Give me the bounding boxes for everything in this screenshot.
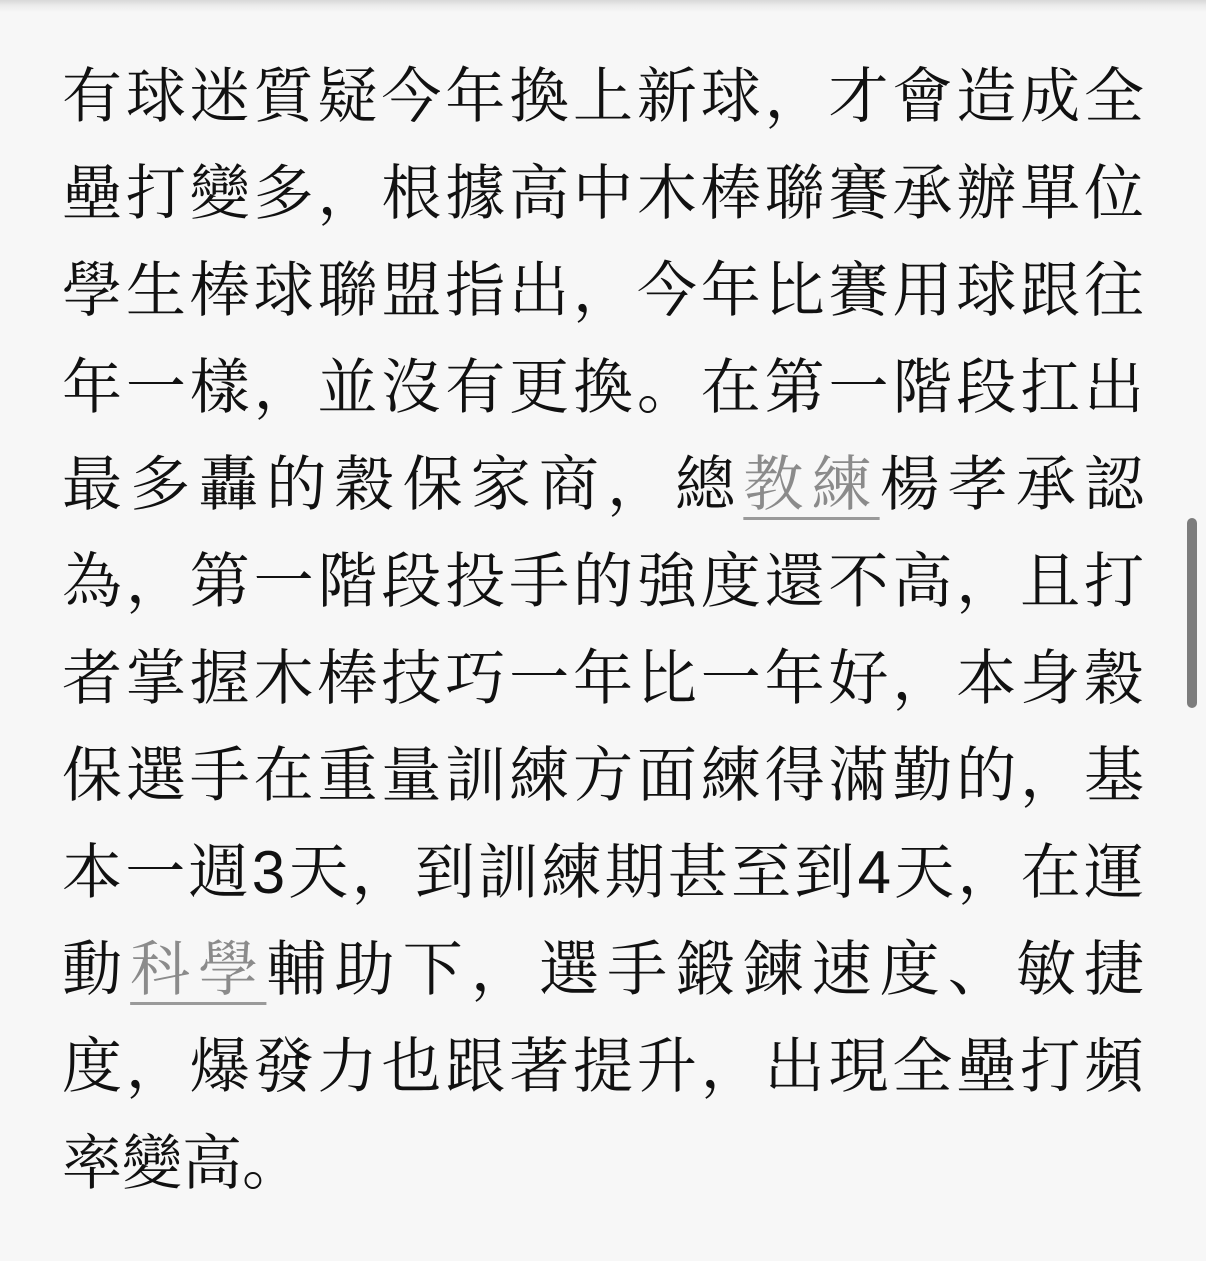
text-line: 有球迷質疑今年換上新球，才會造成全 <box>62 48 1144 145</box>
text-line: 者掌握木棒技巧一年比一年好，本身穀 <box>62 630 1144 727</box>
text-segment: 楊孝承認 <box>880 451 1144 518</box>
text-segment: 率變高。 <box>62 1130 302 1197</box>
text-segment: 動 <box>62 936 130 1003</box>
text-line: 學生棒球聯盟指出，今年比賽用球跟往 <box>62 242 1144 339</box>
inline-link[interactable]: 教練 <box>743 451 879 518</box>
text-line: 動科學輔助下，選手鍛鍊速度、敏捷 <box>62 921 1144 1018</box>
text-segment: 有球迷質疑今年換上新球，才會造成全 <box>62 63 1144 130</box>
text-segment: 最多轟的穀保家商，總 <box>62 451 743 518</box>
text-line: 為，第一階段投手的強度還不高，且打 <box>62 533 1144 630</box>
text-segment: 保選手在重量訓練方面練得滿勤的，基 <box>62 742 1144 809</box>
text-line: 本一週3天，到訓練期甚至到4天，在運 <box>62 824 1144 921</box>
text-line: 保選手在重量訓練方面練得滿勤的，基 <box>62 727 1144 824</box>
text-line: 壘打變多，根據高中木棒聯賽承辦單位 <box>62 145 1144 242</box>
text-segment: 者掌握木棒技巧一年比一年好，本身穀 <box>62 645 1144 712</box>
text-segment: 度，爆發力也跟著提升，出現全壘打頻 <box>62 1033 1144 1100</box>
text-line: 年一樣，並沒有更換。在第一階段扛出 <box>62 339 1144 436</box>
text-segment: 輔助下，選手鍛鍊速度、敏捷 <box>266 936 1144 1003</box>
inline-link[interactable]: 科學 <box>130 936 266 1003</box>
scrollbar-thumb[interactable] <box>1187 518 1197 708</box>
article-body: 有球迷質疑今年換上新球，才會造成全壘打變多，根據高中木棒聯賽承辦單位學生棒球聯盟… <box>62 48 1144 1212</box>
text-segment: 本一週3天，到訓練期甚至到4天，在運 <box>62 839 1144 906</box>
top-shadow <box>0 0 1206 12</box>
text-line: 率變高。 <box>62 1115 1144 1212</box>
text-segment: 學生棒球聯盟指出，今年比賽用球跟往 <box>62 257 1144 324</box>
text-segment: 年一樣，並沒有更換。在第一階段扛出 <box>62 354 1144 421</box>
text-line: 最多轟的穀保家商，總教練楊孝承認 <box>62 436 1144 533</box>
text-segment: 壘打變多，根據高中木棒聯賽承辦單位 <box>62 160 1144 227</box>
text-line: 度，爆發力也跟著提升，出現全壘打頻 <box>62 1018 1144 1115</box>
text-segment: 為，第一階段投手的強度還不高，且打 <box>62 548 1144 615</box>
